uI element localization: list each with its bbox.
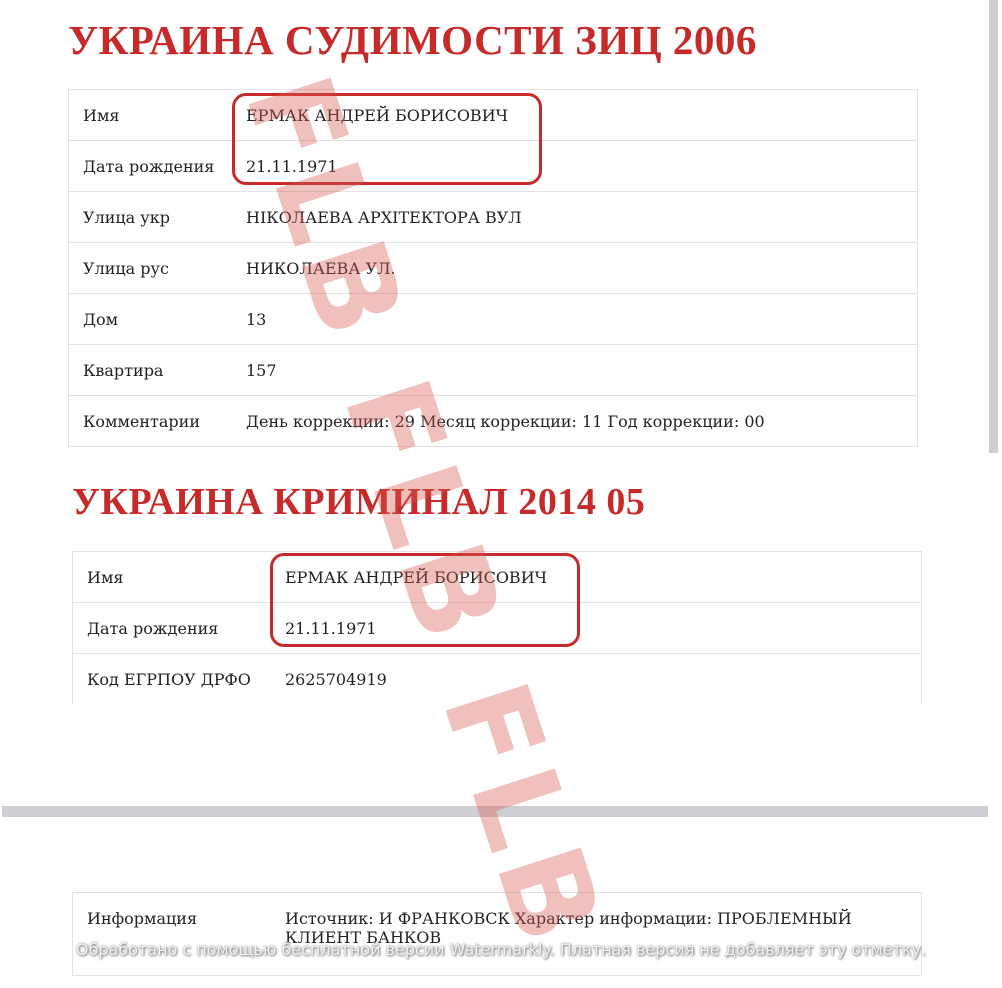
table-row: Код ЕГРПОУ ДРФО2625704919 [73, 654, 922, 705]
highlight-box-name-dob [270, 553, 580, 647]
table-row: КомментарииДень коррекции: 29 Месяц корр… [69, 396, 918, 447]
field-label: Дата рождения [69, 141, 233, 192]
field-label: Дата рождения [73, 603, 272, 654]
field-label: Дом [69, 294, 233, 345]
field-label: Код ЕГРПОУ ДРФО [73, 654, 272, 705]
table-row: Дом13 [69, 294, 918, 345]
table-row: ИнформацияИсточник: И ФРАНКОВСК Характер… [73, 893, 922, 976]
vertical-scrollbar[interactable] [989, 0, 998, 453]
horizontal-scrollbar[interactable] [2, 806, 988, 817]
field-value: 13 [232, 294, 918, 345]
field-label: Информация [73, 893, 272, 976]
highlight-box-name-dob [232, 93, 542, 185]
field-label: Имя [69, 90, 233, 141]
field-value: НІКОЛАЕВА АРХІТЕКТОРА ВУЛ [232, 192, 918, 243]
table-row: Улица укрНІКОЛАЕВА АРХІТЕКТОРА ВУЛ [69, 192, 918, 243]
field-value: НИКОЛАЕВА УЛ. [232, 243, 918, 294]
section-title-criminal-2014: УКРАИНА КРИМИНАЛ 2014 05 [72, 483, 645, 521]
field-label: Комментарии [69, 396, 233, 447]
field-label: Имя [73, 552, 272, 603]
table-row: Улица русНИКОЛАЕВА УЛ. [69, 243, 918, 294]
table-row: Квартира157 [69, 345, 918, 396]
field-value: 2625704919 [271, 654, 922, 705]
field-label: Улица рус [69, 243, 233, 294]
field-value: Источник: И ФРАНКОВСК Характер информаци… [271, 893, 922, 976]
section-title-zic-2006: УКРАИНА СУДИМОСТИ ЗИЦ 2006 [68, 20, 757, 61]
field-label: Квартира [69, 345, 233, 396]
field-value: День коррекции: 29 Месяц коррекции: 11 Г… [232, 396, 918, 447]
record-table-information: ИнформацияИсточник: И ФРАНКОВСК Характер… [72, 892, 922, 976]
field-label: Улица укр [69, 192, 233, 243]
field-value: 157 [232, 345, 918, 396]
